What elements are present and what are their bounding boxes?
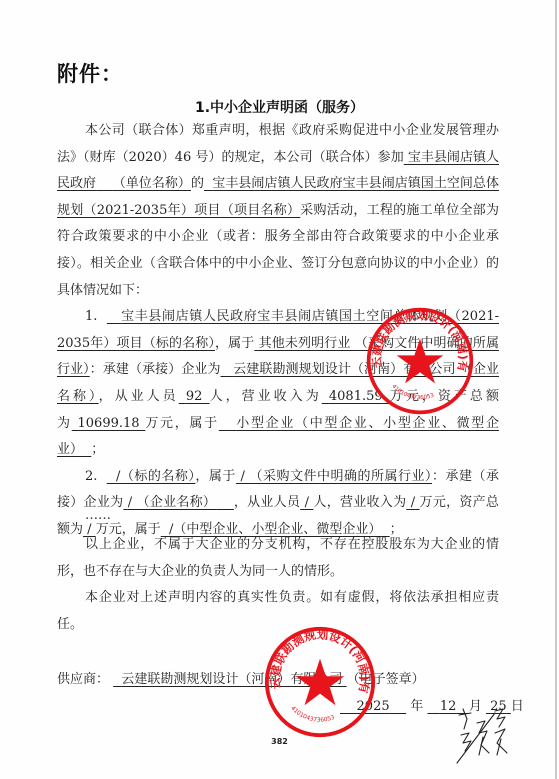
svg-text:4101043736053: 4101043736053 [289, 706, 336, 724]
attachment-heading: 附件： [57, 58, 123, 88]
handwritten-signature-icon [455, 703, 525, 768]
closing-paragraphs: 以上企业，不属于大企业的分支机构，不存在控股股东为大企业的情形，也不存在与大企业… [57, 532, 499, 638]
svg-text:4101043736053: 4101043736053 [390, 384, 435, 402]
company-seal-icon: 云建联勘测规划设计(河南)有限公司 4101043736053 [262, 624, 378, 740]
item1-staff: 92 [179, 389, 210, 404]
company-seal-icon: 云建联勘测规划设计(河南)有限公司 4101043736053 [364, 305, 476, 417]
item2-company: / （企业名称） [123, 495, 233, 510]
item2-industry: / （采购文件中明确的所属行业） [236, 469, 432, 484]
item2-subject: /（标的名称） [107, 469, 196, 484]
document-title: 1.中小企业声明函（服务） [0, 97, 559, 117]
ellipsis: …… [85, 508, 111, 523]
item2-revenue: / [406, 495, 419, 510]
paragraph-not-large-enterprise: 以上企业，不属于大企业的分支机构，不存在控股股东为大企业的情形，也不存在与大企业… [57, 532, 499, 585]
of-text: 的 [191, 176, 204, 191]
item1-assets: 10699.18 [72, 416, 146, 431]
supplier-label: 供应商： [57, 672, 109, 687]
paragraph-intro: 本公司（联合体）郑重声明，根据《政府采购促进中小企业发展管理办法》（财库（202… [57, 118, 499, 304]
item2-staff: / [300, 495, 313, 510]
